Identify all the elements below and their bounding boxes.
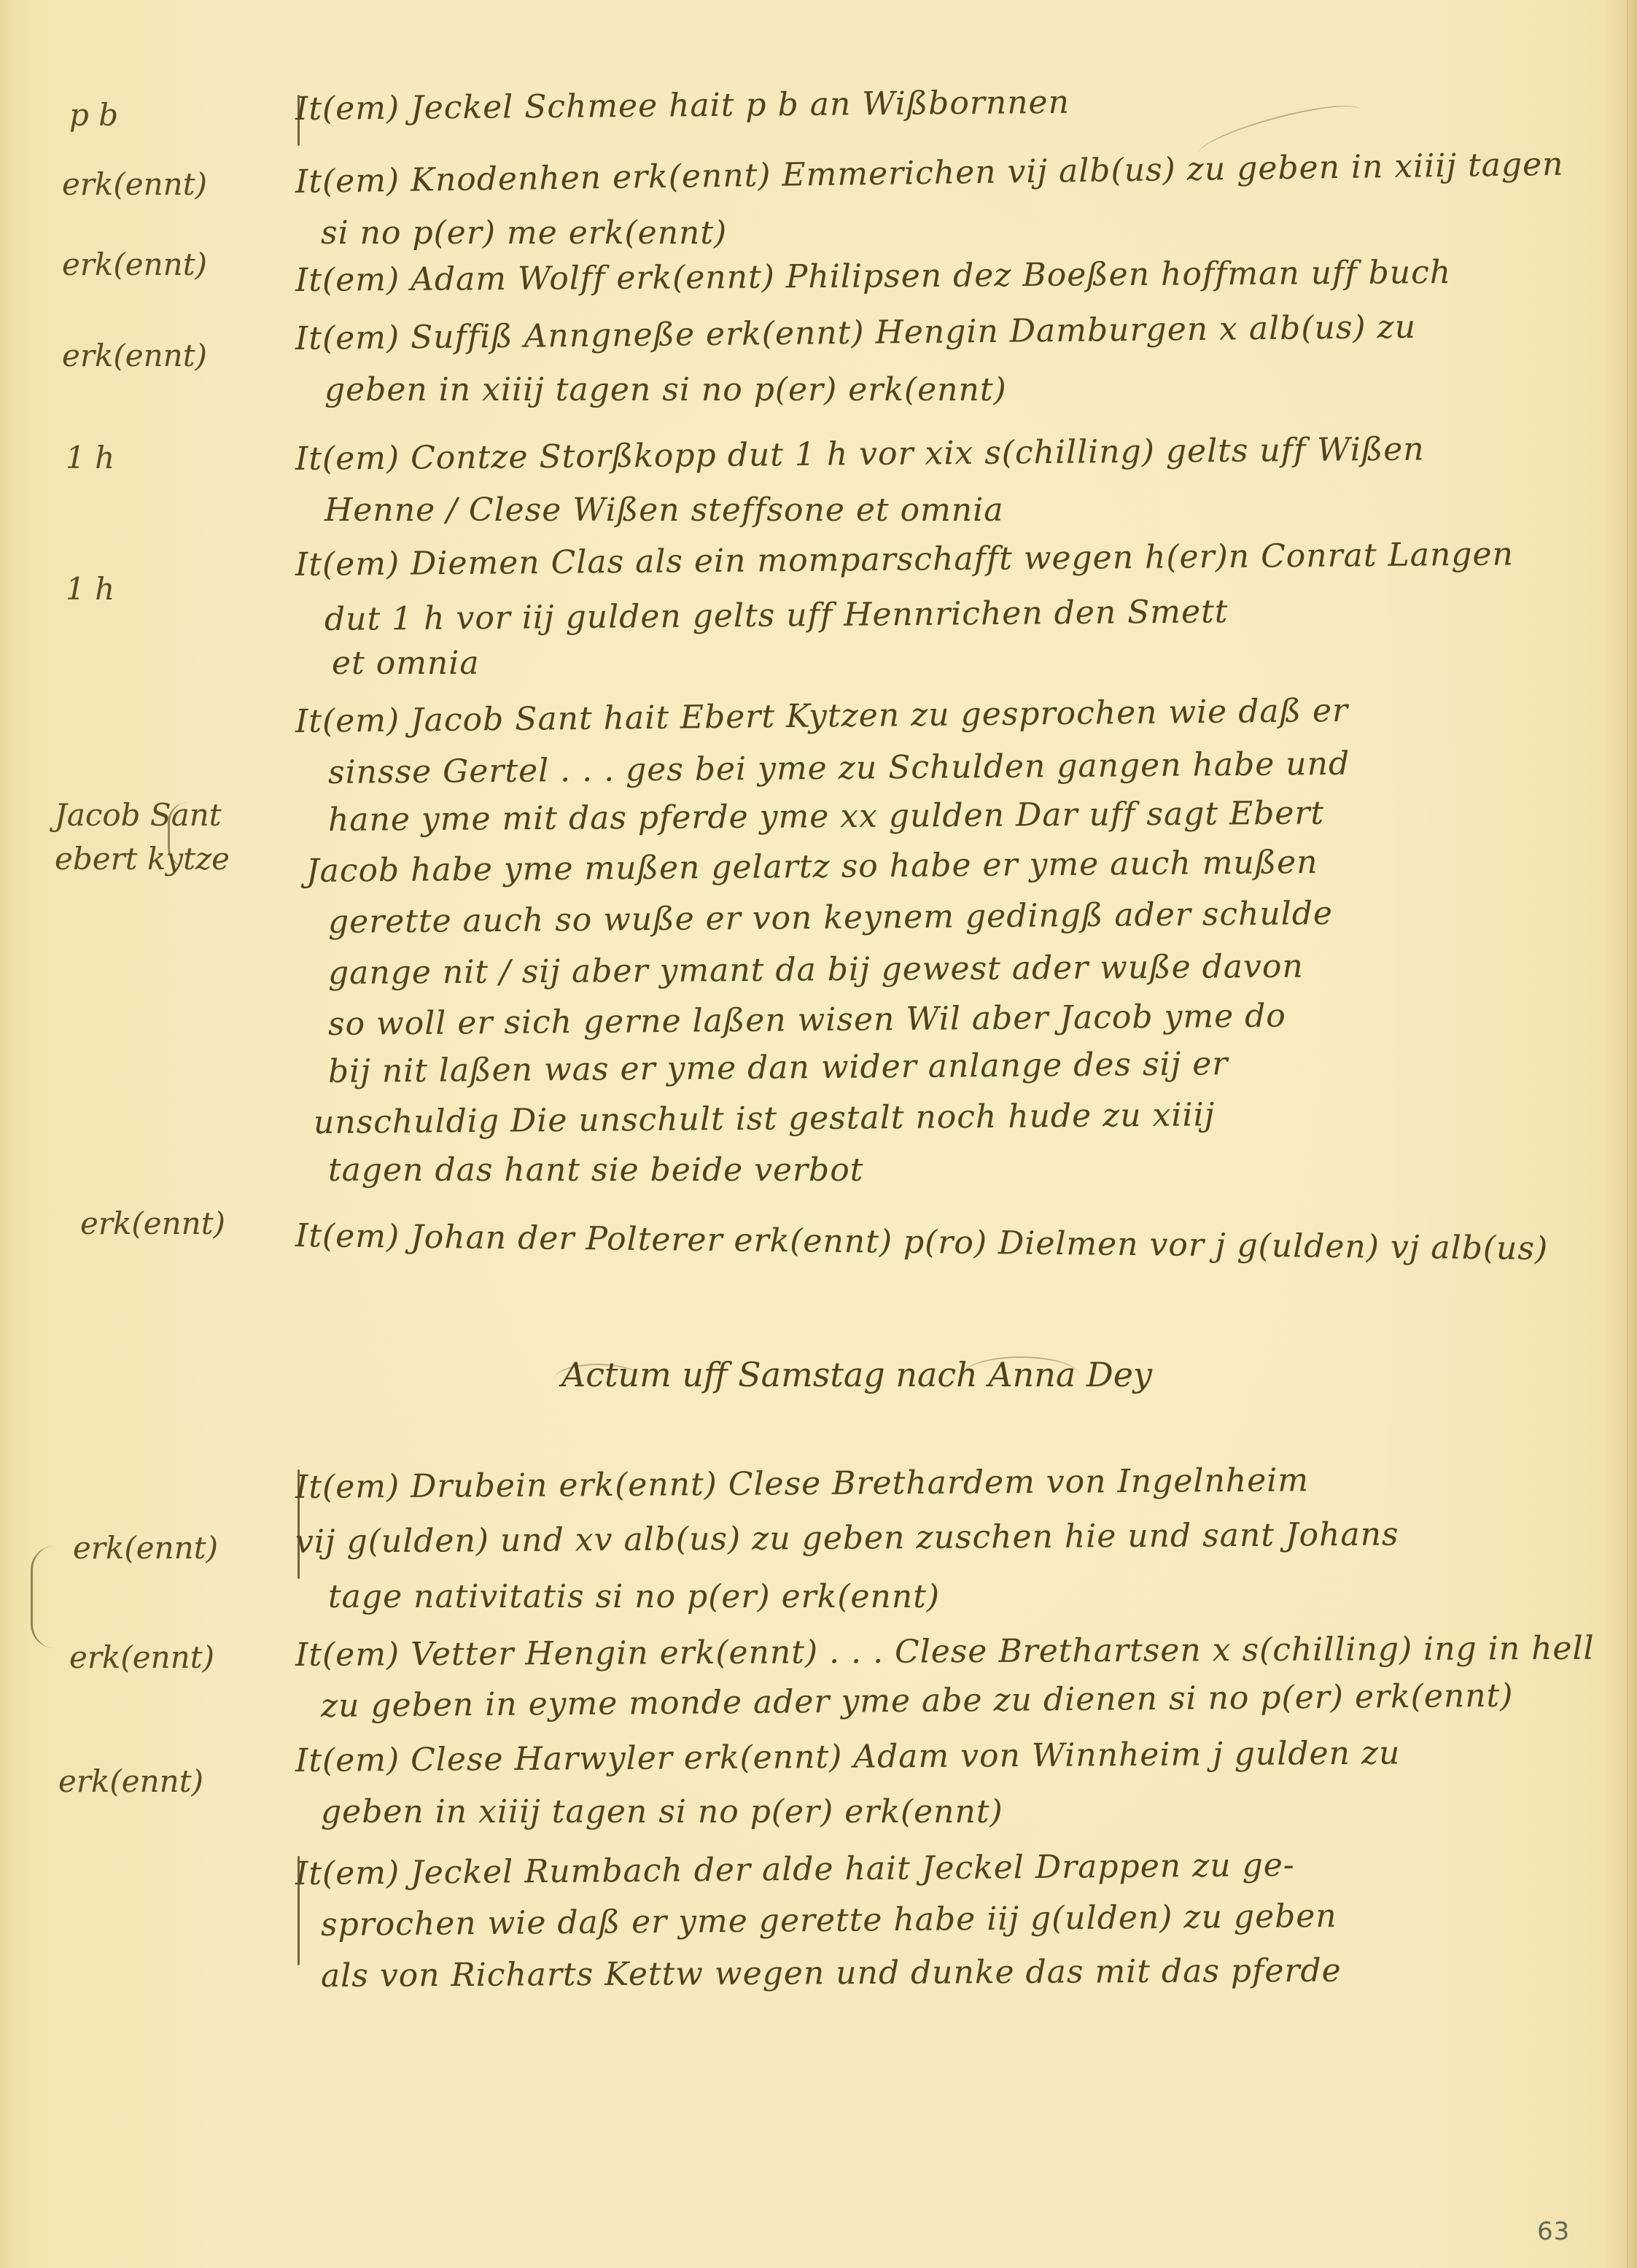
margin-note: erk(ennt) bbox=[80, 1203, 225, 1244]
pen-stroke bbox=[298, 95, 300, 146]
margin-note: erk(ennt) bbox=[62, 335, 207, 376]
text-line: sprochen wie daß er yme gerette habe iij… bbox=[321, 1895, 1337, 1947]
text-line: si no p(er) me erk(ennt) bbox=[321, 211, 727, 255]
text-line: gerette auch so wuße er von keynem gedin… bbox=[328, 892, 1333, 944]
text-line: It(em) Jacob Sant hait Ebert Kytzen zu g… bbox=[295, 689, 1349, 744]
margin-note: erk(ennt) bbox=[73, 1528, 218, 1569]
text-line: als von Richarts Kettw wegen und dunke d… bbox=[321, 1949, 1342, 1998]
text-line: bij nit laßen was er yme dan wider anlan… bbox=[328, 1042, 1229, 1094]
page-edge bbox=[1627, 0, 1628, 2268]
text-line: hane yme mit das pferde yme xx gulden Da… bbox=[328, 791, 1325, 842]
text-line: It(em) Contze Storßkopp dut 1 h vor xix … bbox=[295, 427, 1425, 481]
margin-bracket bbox=[31, 1546, 55, 1648]
margin-note: ebert kytze bbox=[55, 839, 230, 879]
pen-stroke bbox=[298, 1469, 300, 1579]
text-line: geben in xiiij tagen si no p(er) erk(enn… bbox=[321, 1790, 1003, 1834]
text-line: It(em) Johan der Polterer erk(ennt) p(ro… bbox=[295, 1214, 1549, 1271]
text-line: tage nativitatis si no p(er) erk(ennt) bbox=[328, 1575, 940, 1619]
folio-number: 63 bbox=[1537, 2217, 1570, 2246]
margin-note: Jacob Sant bbox=[55, 795, 222, 836]
text-line: dut 1 h vor iij gulden gelts uff Hennric… bbox=[324, 590, 1229, 642]
margin-bracket bbox=[168, 802, 188, 868]
text-line: It(em) Vetter Hengin erk(ennt) . . . Cle… bbox=[295, 1627, 1595, 1677]
text-line: It(em) Drubein erk(ennt) Clese Bretharde… bbox=[295, 1459, 1309, 1510]
text-line: vij g(ulden) und xv alb(us) zu geben zus… bbox=[295, 1512, 1399, 1564]
text-line: sinsse Gertel . . . ges bei yme zu Schul… bbox=[328, 742, 1350, 795]
text-line: Henne / Clese Wißen steffsone et omnia bbox=[324, 489, 1003, 532]
text-line: geben in xiiij tagen si no p(er) erk(enn… bbox=[324, 368, 1007, 412]
text-line: Jacob habe yme mußen gelartz so habe er … bbox=[306, 841, 1318, 893]
text-line: so woll er sich gerne laßen wisen Wil ab… bbox=[328, 995, 1286, 1046]
text-line: It(em) Jeckel Rumbach der alde hait Jeck… bbox=[295, 1844, 1295, 1896]
pen-stroke bbox=[298, 1856, 300, 1965]
margin-note: erk(ennt) bbox=[58, 1761, 203, 1802]
text-line: It(em) Jeckel Schmee hait p b an Wißborn… bbox=[295, 81, 1070, 131]
margin-note: 1 h bbox=[66, 569, 114, 610]
text-line: gange nit / sij aber ymant da bij gewest… bbox=[328, 945, 1304, 995]
text-line: It(em) Adam Wolff erk(ennt) Philipsen de… bbox=[295, 251, 1452, 303]
margin-note: erk(ennt) bbox=[62, 164, 207, 205]
text-line: It(em) Clese Harwyler erk(ennt) Adam von… bbox=[295, 1731, 1401, 1783]
margin-note: p b bbox=[69, 95, 118, 136]
section-heading: Actum uff Samstag nach Anna Dey bbox=[561, 1353, 1152, 1397]
manuscript-page: p b erk(ennt) erk(ennt) erk(ennt) 1 h 1 … bbox=[0, 0, 1637, 2268]
text-line: It(em) Knodenhen erk(ennt) Emmerichen vi… bbox=[295, 143, 1564, 204]
text-line: It(em) Diemen Clas als ein momparschafft… bbox=[295, 532, 1514, 587]
margin-note: erk(ennt) bbox=[62, 244, 207, 285]
margin-note: 1 h bbox=[66, 438, 114, 478]
text-line: tagen das hant sie beide verbot bbox=[328, 1149, 863, 1192]
margin-note: erk(ennt) bbox=[69, 1637, 214, 1678]
text-line: It(em) Suffiß Anngneße erk(ennt) Hengin … bbox=[295, 306, 1417, 361]
text-line: unschuldig Die unschult ist gestalt noch… bbox=[314, 1093, 1216, 1145]
text-line: zu geben in eyme monde ader yme abe zu d… bbox=[321, 1674, 1514, 1728]
text-line: et omnia bbox=[332, 642, 480, 686]
